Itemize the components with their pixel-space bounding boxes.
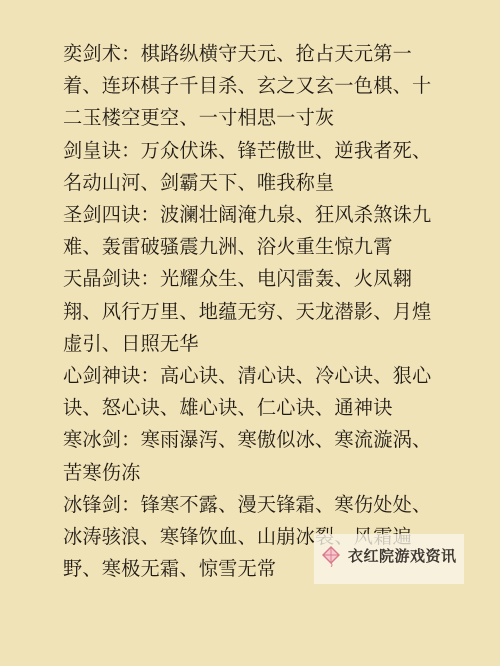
entry-title: 天晶剑诀：	[63, 267, 160, 290]
entry-xinjianshenjue: 心剑神诀：高心诀、清心诀、冷心诀、狠心诀、怒心诀、雄心诀、仁心诀、通神诀	[63, 360, 443, 424]
entry-tianjingjianjue: 天晶剑诀：光耀众生、电闪雷轰、火凤翱翔、风行万里、地蕴无穷、天龙潜影、月煌虚引、…	[63, 263, 443, 360]
entry-title: 剑皇诀：	[63, 139, 141, 162]
entry-title: 圣剑四诀：	[63, 203, 160, 226]
entry-title: 心剑神诀：	[63, 364, 160, 387]
document-body: 奕剑术：棋路纵横守天元、抢占天元第一着、连环棋子千目杀、玄之又玄一色棋、十二玉楼…	[63, 38, 443, 585]
watermark: 衣红院游戏资讯	[314, 534, 464, 584]
entry-jianhuangjue: 剑皇诀：万众伏诛、锋芒傲世、逆我者死、名动山河、剑霸天下、唯我称皇	[63, 135, 443, 199]
entry-hanbingjian: 寒冰剑：寒雨瀑泻、寒傲似冰、寒流漩涡、苦寒伤冻	[63, 424, 443, 488]
watermark-text: 衣红院游戏资讯	[348, 545, 457, 566]
entry-title: 奕剑术：	[63, 42, 141, 65]
entry-shengjiansijue: 圣剑四诀：波澜壮阔淹九泉、狂风杀煞诛九难、轰雷破骚震九洲、浴火重生惊九霄	[63, 199, 443, 263]
entry-yijianshu: 奕剑术：棋路纵横守天元、抢占天元第一着、连环棋子千目杀、玄之又玄一色棋、十二玉楼…	[63, 38, 443, 135]
entry-title: 寒冰剑：	[63, 428, 141, 451]
entry-title: 冰锋剑：	[63, 493, 141, 516]
kite-icon	[320, 545, 342, 567]
